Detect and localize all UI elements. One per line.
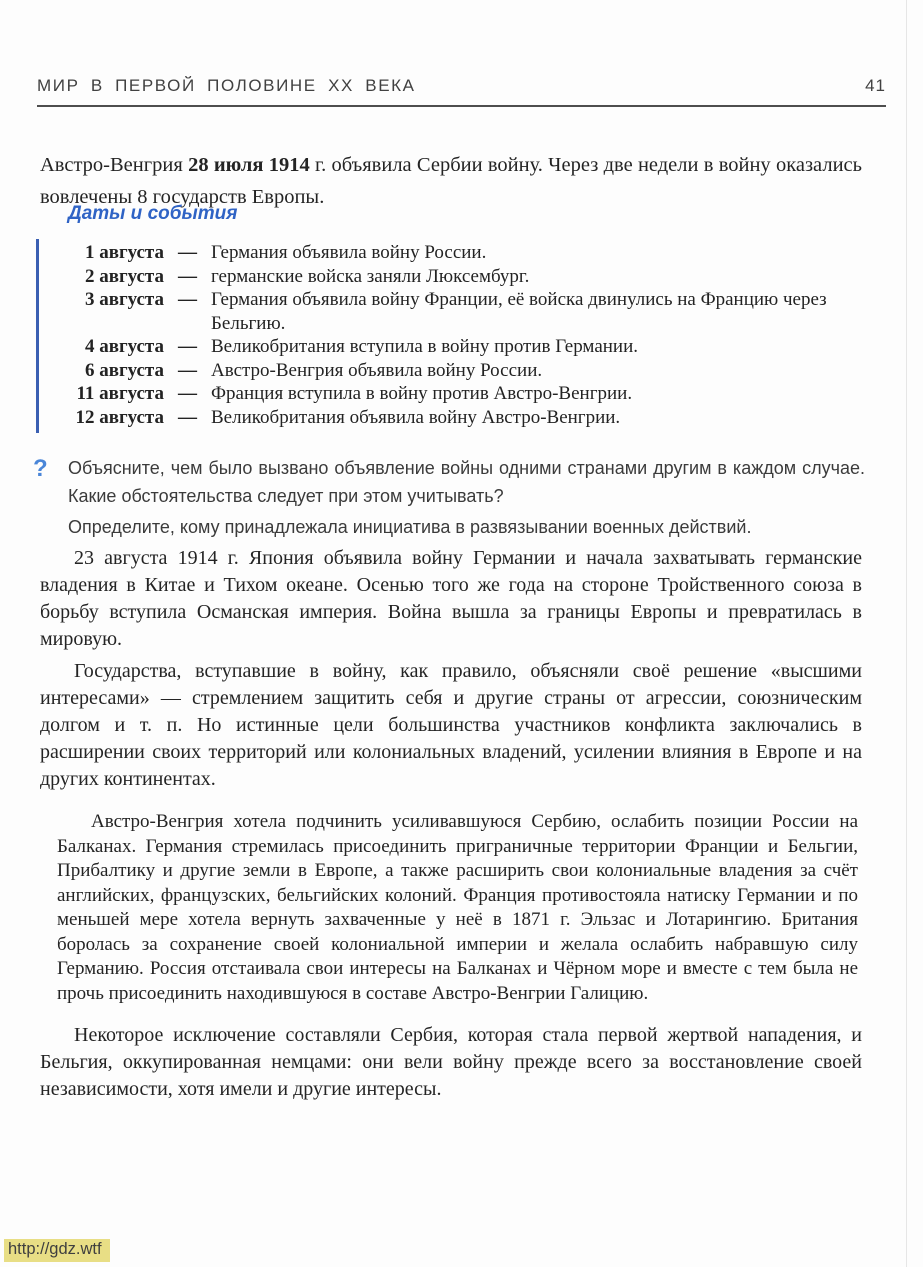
body-paragraph: Государства, вступавшие в войну, как пра… [40,658,862,793]
date-row: 3 августа — Германия объявила войну Фран… [59,288,860,335]
dash-separator: — [178,406,197,430]
dash-separator: — [178,359,197,383]
event-text: Австро-Венгрия объявила войну России. [211,359,860,383]
question-mark-icon: ? [33,455,68,546]
question-item: Определите, кому принадлежала инициатива… [68,514,865,542]
dash-separator: — [178,335,197,359]
date-label: 6 августа [59,359,164,383]
date-label: 1 августа [59,241,164,265]
book-page: МИР В ПЕРВОЙ ПОЛОВИНЕ XX ВЕКА 41 Австро-… [0,0,923,1267]
event-text: Франция вступила в войну против Австро-В… [211,382,860,406]
date-row: 11 августа — Франция вступила в войну пр… [59,382,860,406]
dash-separator: — [178,382,197,406]
page-header: МИР В ПЕРВОЙ ПОЛОВИНЕ XX ВЕКА 41 [37,76,886,96]
date-label: 2 августа [59,265,164,289]
dash-separator: — [178,265,197,289]
dash-separator: — [178,288,197,312]
header-rule [37,105,886,107]
event-text: Великобритания вступила в войну против Г… [211,335,860,359]
date-row: 1 августа — Германия объявила войну Росс… [59,241,860,265]
date-row: 12 августа — Великобритания объявила вой… [59,406,860,430]
date-label: 11 августа [59,382,164,406]
page-number: 41 [865,76,886,96]
body-paragraph: Некоторое исключение составляли Сербия, … [40,1022,862,1103]
page-title: МИР В ПЕРВОЙ ПОЛОВИНЕ XX ВЕКА [37,76,416,96]
date-row: 2 августа — германские войска заняли Люк… [59,265,860,289]
question-item: Объясните, чем было вызвано объявление в… [68,455,865,510]
dates-heading: Даты и события [68,203,860,225]
scan-edge [906,0,907,1267]
dates-list: 1 августа — Германия объявила войну Росс… [36,239,860,433]
question-block: ? Объясните, чем было вызвано объявление… [33,455,865,546]
event-text: Великобритания объявила войну Австро-Вен… [211,406,860,430]
date-label: 3 августа [59,288,164,312]
date-row: 6 августа — Австро-Венгрия объявила войн… [59,359,860,383]
dash-separator: — [178,241,197,265]
inset-paragraph: Австро-Венгрия хотела подчинить усиливав… [57,810,858,1006]
intro-text-pre: Австро-Венгрия [40,154,188,176]
event-text: германские войска заняли Люксембург. [211,265,860,289]
date-label: 12 августа [59,406,164,430]
date-row: 4 августа — Великобритания вступила в во… [59,335,860,359]
event-text: Германия объявила войну России. [211,241,860,265]
event-text: Германия объявила войну Франции, её войс… [211,288,860,335]
date-label: 4 августа [59,335,164,359]
main-text: 23 августа 1914 г. Япония объявила войну… [40,545,862,1103]
watermark-link[interactable]: http://gdz.wtf [4,1239,110,1262]
body-paragraph: 23 августа 1914 г. Япония объявила войну… [40,545,862,653]
dates-and-events-section: Даты и события 1 августа — Германия объя… [36,203,860,433]
intro-bold-date: 28 июля 1914 [188,154,310,176]
